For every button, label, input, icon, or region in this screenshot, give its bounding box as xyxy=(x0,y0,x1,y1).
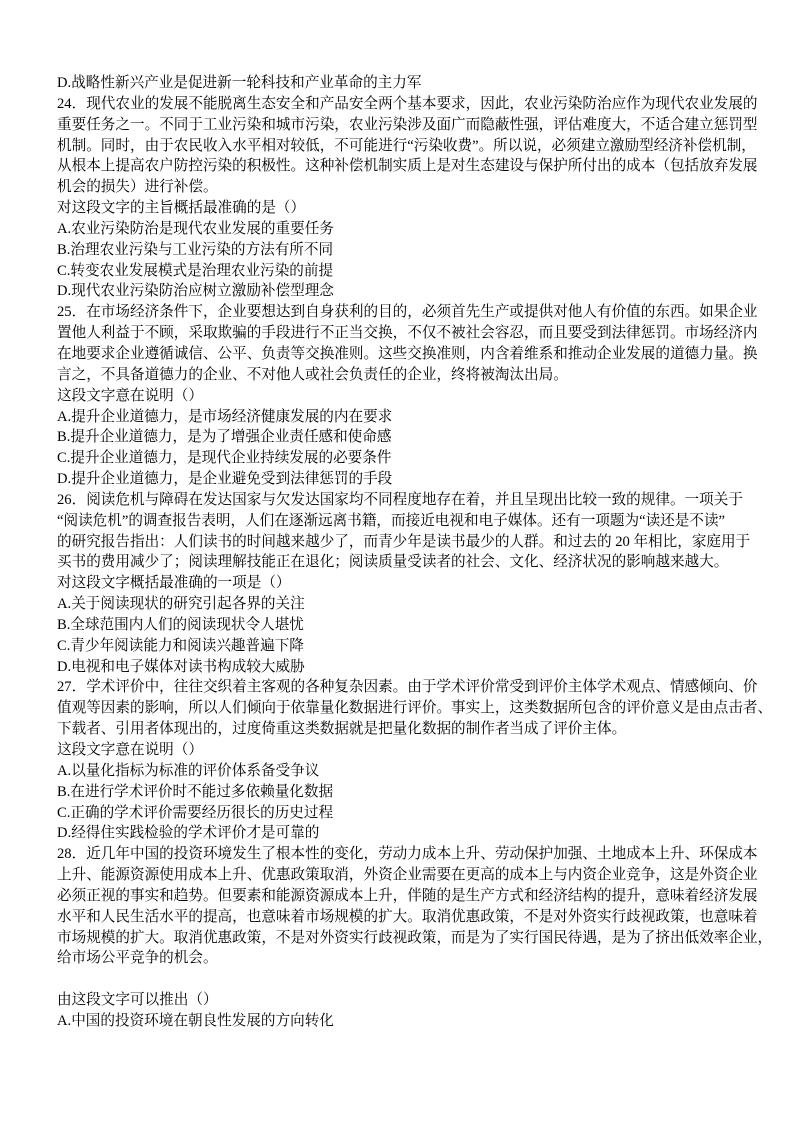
question-28-stem-line: 28．近几年中国的投资环境发生了根本性的变化，劳动力成本上升、劳动保护加强、土地… xyxy=(57,844,744,865)
question-25-option-b: B.提升企业道德力，是为了增强企业责任感和使命感 xyxy=(57,427,744,448)
question-24-stem-line: 机制。同时，由于农民收入水平相对较低，不可能进行“污染收费”。所以说，必须建立激… xyxy=(57,136,744,157)
question-24-prompt: 对这段文字的主旨概括最准确的是（） xyxy=(57,198,744,219)
question-27-option-c: C.正确的学术评价需要经历很长的历史过程 xyxy=(57,803,744,824)
question-27-prompt: 这段文字意在说明（） xyxy=(57,740,744,761)
question-24-stem-line: 机会的损失）进行补偿。 xyxy=(57,177,744,198)
question-24-option-b: B.治理农业污染与工业污染的方法有所不同 xyxy=(57,240,744,261)
question-27-option-b: B.在进行学术评价时不能过多依赖量化数据 xyxy=(57,782,744,803)
question-27-option-d: D.经得住实践检验的学术评价才是可靠的 xyxy=(57,823,744,844)
question-28-stem-line: 给市场公平竞争的机会。 xyxy=(57,948,744,969)
question-27-stem-line: 值观等因素的影响，所以人们倾向于依靠量化数据进行评价。事实上，这类数据所包含的评… xyxy=(57,698,744,719)
question-25-stem-line: 置他人利益于不顾，采取欺骗的手段进行不正当交换，不仅不被社会容忍，而且要受到法律… xyxy=(57,323,744,344)
question-28-stem-line: 必须正视的事实和趋势。但要素和能源资源成本上升，伴随的是生产方式和经济结构的提升… xyxy=(57,886,744,907)
question-24-option-c: C.转变农业发展模式是治理农业污染的前提 xyxy=(57,261,744,282)
blank-line xyxy=(57,969,744,990)
question-26-option-a: A.关于阅读现状的研究引起各界的关注 xyxy=(57,594,744,615)
question-28-option-a: A.中国的投资环境在朝良性发展的方向转化 xyxy=(57,1011,744,1032)
question-25-option-a: A.提升企业道德力，是市场经济健康发展的内在要求 xyxy=(57,407,744,428)
question-24-block: 24．现代农业的发展不能脱离生态安全和产品安全两个基本要求，因此，农业污染防治应… xyxy=(57,94,744,302)
question-27-option-a: A.以量化指标为标准的评价体系备受争议 xyxy=(57,761,744,782)
question-25-option-d: D.提升企业道德力，是企业避免受到法律惩罚的手段 xyxy=(57,469,744,490)
question-28-stem-line: 水平和人民生活水平的提高，也意味着市场规模的扩大。取消优惠政策，不是对外资实行歧… xyxy=(57,907,744,928)
question-24-option-d: D.现代农业污染防治应树立激励补偿型理念 xyxy=(57,281,744,302)
question-26-option-b: B.全球范围内人们的阅读现状令人堪忧 xyxy=(57,615,744,636)
question-27-stem-line: 下载者、引用者体现出的，过度倚重这类数据就是把量化数据的制作者当成了评价主体。 xyxy=(57,719,744,740)
question-28-stem-line: 上升、能源资源使用成本上升、优惠政策取消，外资企业需要在更高的成本上与内资企业竞… xyxy=(57,865,744,886)
question-26-stem-line: 的研究报告指出：人们读书的时间越来越少了，而青少年是读书最少的人群。和过去的 2… xyxy=(57,532,744,553)
question-24-stem-line: 24．现代农业的发展不能脱离生态安全和产品安全两个基本要求，因此，农业污染防治应… xyxy=(57,94,744,115)
question-25-stem-line: 言之，不具备道德力的企业、不对他人或社会负责任的企业，终将被淘汰出局。 xyxy=(57,365,744,386)
question-25-prompt: 这段文字意在说明（） xyxy=(57,386,744,407)
question-25-stem-line: 25．在市场经济条件下，企业要想达到自身获利的目的，必须首先生产或提供对他人有价… xyxy=(57,302,744,323)
question-28-block: 28．近几年中国的投资环境发生了根本性的变化，劳动力成本上升、劳动保护加强、土地… xyxy=(57,844,744,1032)
question-25-stem-line: 在地要求企业遵循诚信、公平、负责等交换准则。这些交换准则，内含着维系和推动企业发… xyxy=(57,344,744,365)
exam-document-page: D.战略性新兴产业是促进新一轮科技和产业革命的主力军 24．现代农业的发展不能脱… xyxy=(0,0,794,1123)
question-28-prompt: 由这段文字可以推出（） xyxy=(57,990,744,1011)
question-24-option-a: A.农业污染防治是现代农业发展的重要任务 xyxy=(57,219,744,240)
question-25-block: 25．在市场经济条件下，企业要想达到自身获利的目的，必须首先生产或提供对他人有价… xyxy=(57,302,744,490)
question-26-stem-line: 买书的费用减少了；阅读理解技能正在退化；阅读质量受读者的社会、文化、经济状况的影… xyxy=(57,552,744,573)
question-27-stem-line: 27．学术评价中，往往交织着主客观的各种复杂因素。由于学术评价常受到评价主体学术… xyxy=(57,677,744,698)
question-24-stem-line: 从根本上提高农户防控污染的积极性。这种补偿机制实质上是对生态建设与保护所付出的成… xyxy=(57,156,744,177)
question-26-option-d: D.电视和电子媒体对读书构成较大威胁 xyxy=(57,657,744,678)
question-28-stem-line: 市场规模的扩大。取消优惠政策，不是对外资实行歧视政策，而是为了实行国民待遇，是为… xyxy=(57,928,744,949)
question-25-option-c: C.提升企业道德力，是现代企业持续发展的必要条件 xyxy=(57,448,744,469)
question-26-block: 26．阅读危机与障碍在发达国家与欠发达国家均不同程度地存在着，并且呈现出比较一致… xyxy=(57,490,744,678)
question-26-prompt: 对这段文字概括最准确的一项是（） xyxy=(57,573,744,594)
question-26-stem-line: 26．阅读危机与障碍在发达国家与欠发达国家均不同程度地存在着，并且呈现出比较一致… xyxy=(57,490,744,511)
question-27-block: 27．学术评价中，往往交织着主客观的各种复杂因素。由于学术评价常受到评价主体学术… xyxy=(57,677,744,844)
question-26-option-c: C.青少年阅读能力和阅读兴趣普遍下降 xyxy=(57,636,744,657)
question-23-option-d: D.战略性新兴产业是促进新一轮科技和产业革命的主力军 xyxy=(57,73,744,94)
question-26-stem-line: “阅读危机”的调查报告表明，人们在逐渐远离书籍，而接近电视和电子媒体。还有一项题… xyxy=(57,511,744,532)
question-24-stem-line: 重要任务之一。不同于工业污染和城市污染，农业污染涉及面广而隐蔽性强，评估难度大，… xyxy=(57,115,744,136)
